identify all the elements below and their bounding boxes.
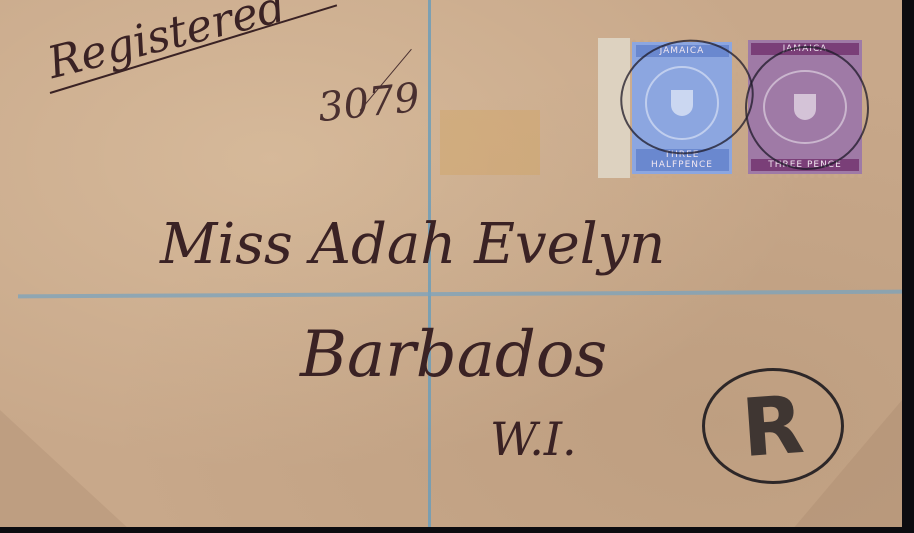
faded-label-patch xyxy=(440,110,540,175)
registered-envelope: Registered 3079 JAMAICA THREE HALFPENCE … xyxy=(0,0,902,527)
address-name: Miss Adah Evelyn xyxy=(160,212,665,277)
reference-number: 3079 xyxy=(316,75,422,131)
registered-annotation: Registered xyxy=(43,0,291,89)
registration-line-horizontal xyxy=(18,290,902,299)
registration-r-stamp-icon: R xyxy=(702,368,844,484)
envelope-flap-left xyxy=(0,410,130,527)
address-region: W.I. xyxy=(490,412,577,466)
registration-letter: R xyxy=(739,377,807,474)
address-destination: Barbados xyxy=(300,318,607,392)
